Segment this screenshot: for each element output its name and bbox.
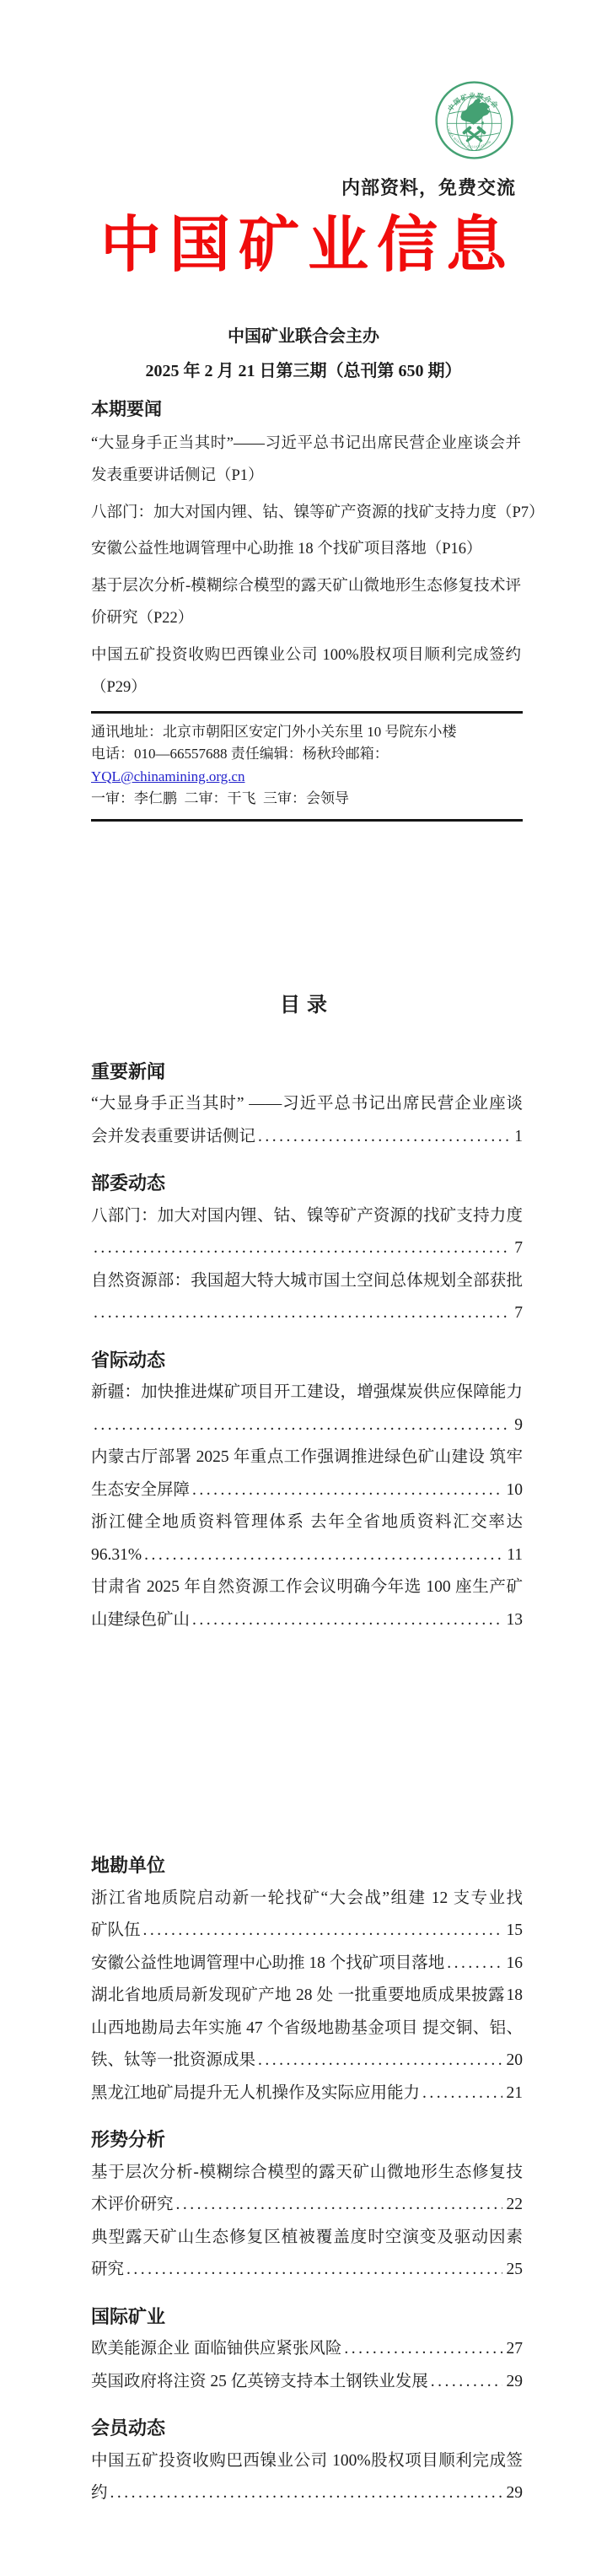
- toc-entry-text: 欧美能源企业 面临铀供应紧张风险: [91, 2333, 341, 2366]
- toc-entry-line: 7: [91, 1232, 523, 1265]
- contact-phone-editor-label: 电话：010—66557688 责任编辑：杨秋玲邮箱：: [91, 746, 389, 762]
- china-mining-association-logo: 中国矿业联合会 CHINA MINING ASSOCIATION: [434, 80, 514, 160]
- dot-leader: [422, 2078, 502, 2110]
- toc-entry-line: 96.31%11: [91, 1539, 523, 1572]
- toc-entry-line: 矿队伍15: [91, 1915, 523, 1948]
- toc-entry-text: 浙江健全地质资料管理体系 去年全省地质资料汇交率达: [91, 1506, 523, 1539]
- issue-date-line: 2025 年 2 月 21 日第三期（总刊第 650 期）: [0, 357, 607, 381]
- toc-page-number: 10: [505, 1474, 524, 1507]
- taiwan-dot: [481, 121, 484, 125]
- toc-entry-text: 内蒙古厅部署 2025 年重点工作强调推进绿色矿山建设 筑牢: [91, 1442, 523, 1474]
- newsletter-title: 中国矿业信息: [0, 212, 607, 280]
- toc-entry-text: 96.31%: [91, 1539, 142, 1572]
- dot-leader: [258, 2045, 502, 2078]
- dot-leader: [192, 1604, 502, 1637]
- contact-address: 通讯地址：北京市朝阳区安定门外小关东里 10 号院东小楼: [91, 721, 523, 744]
- toc-entry-line: 新疆：加快推进煤矿项目开工建设，增强煤炭供应保障能力: [91, 1377, 523, 1409]
- newsletter-cover-page: 中国矿业联合会 CHINA MINING ASSOCIATION 内部资料，免费…: [0, 0, 607, 2576]
- dot-leader: [176, 2189, 502, 2222]
- dot-leader: [144, 1539, 502, 1572]
- toc-page-number: 11: [505, 1539, 523, 1572]
- dot-leader: [258, 1121, 510, 1154]
- toc-page-number: 16: [505, 1948, 524, 1981]
- highlight-line: “大显身手正当其时”——习近平总书记出席民营企业座谈会并: [91, 428, 521, 461]
- dot-leader: [94, 1232, 510, 1265]
- highlight-line: 安徽公益性地调管理中心助推 18 个找矿项目落地（P16）: [91, 533, 521, 566]
- highlight-item: 安徽公益性地调管理中心助推 18 个找矿项目落地（P16）: [91, 533, 521, 566]
- toc-entry-text: 术评价研究: [91, 2189, 174, 2222]
- toc-entry-line: 中国五矿投资收购巴西镍业公司 100%股权项目顺利完成签: [91, 2445, 523, 2478]
- contact-phone-editor-line: 电话：010—66557688 责任编辑：杨秋玲邮箱：YQL@chinamini…: [91, 743, 523, 788]
- highlight-line: 发表重要讲话侧记（P1）: [91, 460, 521, 493]
- dot-leader: [192, 1474, 502, 1507]
- dot-leader: [110, 2477, 502, 2510]
- toc-entry-text: 新疆：加快推进煤矿项目开工建设，增强煤炭供应保障能力: [91, 1377, 523, 1409]
- toc-section-heading: 国际矿业: [91, 2301, 523, 2334]
- dot-leader: [126, 2254, 502, 2287]
- toc-entry-line: 典型露天矿山生态修复区植被覆盖度时空演变及驱动因素: [91, 2222, 523, 2255]
- toc-entry-text: 矿队伍: [91, 1915, 141, 1948]
- toc-entry-line: 自然资源部：我国超大特大城市国土空间总体规划全部获批: [91, 1265, 523, 1298]
- toc-entry-line: 山建绿色矿山13: [91, 1604, 523, 1637]
- contact-block: 通讯地址：北京市朝阳区安定门外小关东里 10 号院东小楼 电话：010—6655…: [91, 711, 523, 822]
- toc-entry-line: 安徽公益性地调管理中心助推 18 个找矿项目落地16: [91, 1948, 523, 1981]
- toc-entry-text: 黑龙江地矿局提升无人机操作及实际应用能力: [91, 2078, 420, 2110]
- toc-entry-line: 铁、钛等一批资源成果20: [91, 2045, 523, 2078]
- toc-entry-text: 浙江省地质院启动新一轮找矿“大会战”组建 12 支专业找: [91, 1883, 523, 1916]
- toc-entry-line: 会并发表重要讲话侧记1: [91, 1121, 523, 1154]
- internal-note: 内部资料，免费交流: [0, 174, 607, 200]
- toc-entry-line: 山西地勘局去年实施 47 个省级地勘基金项目 提交铜、铝、: [91, 2013, 523, 2045]
- toc-entry-text: 中国五矿投资收购巴西镍业公司 100%股权项目顺利完成签: [91, 2445, 523, 2478]
- toc-page-number: 27: [505, 2333, 524, 2366]
- toc-page-number: 29: [505, 2366, 524, 2399]
- highlight-line: 价研究（P22）: [91, 602, 521, 635]
- toc-page-number: 9: [513, 1409, 523, 1442]
- dot-leader: [143, 1915, 502, 1948]
- toc-entry-text: 典型露天矿山生态修复区植被覆盖度时空演变及驱动因素: [91, 2222, 523, 2255]
- toc-page-number: 22: [505, 2189, 524, 2222]
- toc-entry-line: 欧美能源企业 面临铀供应紧张风险27: [91, 2333, 523, 2366]
- organizer-line: 中国矿业联合会主办: [0, 322, 607, 347]
- toc-page-number: 18: [505, 1980, 524, 2013]
- highlight-item: 中国五矿投资收购巴西镍业公司 100%股权项目顺利完成签约（P29）: [91, 639, 521, 704]
- toc-entry-text: 山西地勘局去年实施 47 个省级地勘基金项目 提交铜、铝、: [91, 2013, 523, 2045]
- logo-row: 中国矿业联合会 CHINA MINING ASSOCIATION: [0, 0, 607, 160]
- highlight-line: 基于层次分析-模糊综合模型的露天矿山微地形生态修复技术评: [91, 570, 521, 603]
- toc-page-number: 25: [505, 2254, 524, 2287]
- toc-section-heading: 省际动态: [91, 1345, 523, 1377]
- toc-entry-line: 甘肃省 2025 年自然资源工作会议明确今年选 100 座生产矿: [91, 1571, 523, 1604]
- toc-entry-line: “大显身手正当其时” ——习近平总书记出席民营企业座谈: [91, 1088, 523, 1121]
- toc-entry-text: 山建绿色矿山: [91, 1604, 190, 1637]
- toc-entry-text: 甘肃省 2025 年自然资源工作会议明确今年选 100 座生产矿: [91, 1571, 523, 1604]
- toc-section-heading: 重要新闻: [91, 1056, 523, 1089]
- toc-entry-line: 生态安全屏障10: [91, 1474, 523, 1507]
- toc-entry-line: 研究25: [91, 2254, 523, 2287]
- toc-entry-line: 9: [91, 1409, 523, 1442]
- toc-entry-text: 基于层次分析-模糊综合模型的露天矿山微地形生态修复技: [91, 2157, 523, 2190]
- toc-entry-line: 术评价研究22: [91, 2189, 523, 2222]
- toc-entry-line: 浙江省地质院启动新一轮找矿“大会战”组建 12 支专业找: [91, 1883, 523, 1916]
- toc-entry-line: 八部门：加大对国内锂、钴、镍等矿产资源的找矿支持力度: [91, 1200, 523, 1233]
- toc-entry-line: 7: [91, 1297, 523, 1330]
- toc-entry-text: “大显身手正当其时” ——习近平总书记出席民营企业座谈: [91, 1088, 523, 1121]
- toc-entry-line: 黑龙江地矿局提升无人机操作及实际应用能力21: [91, 2078, 523, 2110]
- toc-entry-text: 生态安全屏障: [91, 1474, 190, 1507]
- toc-entry-text: 研究: [91, 2254, 124, 2287]
- highlight-item: “大显身手正当其时”——习近平总书记出席民营企业座谈会并发表重要讲话侧记（P1）: [91, 428, 521, 493]
- toc-section-heading: 部委动态: [91, 1167, 523, 1200]
- toc-entry-text: 湖北省地质局新发现矿产地 28 处 一批重要地质成果披露: [91, 1980, 505, 2013]
- toc-entry-text: 八部门：加大对国内锂、钴、镍等矿产资源的找矿支持力度: [91, 1200, 523, 1233]
- toc-entry-line: 湖北省地质局新发现矿产地 28 处 一批重要地质成果披露18: [91, 1980, 523, 2013]
- contact-reviewers: 一审：李仁鹏 二审：干飞 三审：会领导: [91, 788, 523, 811]
- highlight-line: 八部门：加大对国内锂、钴、镍等矿产资源的找矿支持力度（P7）: [91, 497, 521, 530]
- toc-page-number: 20: [505, 2045, 524, 2078]
- highlight-line: （P29）: [91, 671, 521, 704]
- toc-sections: 重要新闻“大显身手正当其时” ——习近平总书记出席民营企业座谈会并发表重要讲话侧…: [91, 1056, 523, 2510]
- toc-page-number: 7: [513, 1297, 523, 1330]
- editor-email-link[interactable]: YQL@chinamining.org.cn: [91, 768, 244, 784]
- toc-entry-line: 约29: [91, 2477, 523, 2510]
- dot-leader: [447, 1948, 502, 1981]
- toc-entry-line: 基于层次分析-模糊综合模型的露天矿山微地形生态修复技: [91, 2157, 523, 2190]
- dot-leader: [344, 2333, 502, 2366]
- toc-section-heading: 地勘单位: [91, 1850, 523, 1883]
- toc-entry-line: 英国政府将注资 25 亿英镑支持本土钢铁业发展29: [91, 2366, 523, 2399]
- toc-page-number: 15: [505, 1915, 524, 1948]
- toc-entry-text: 会并发表重要讲话侧记: [91, 1121, 255, 1154]
- toc-entry-line: 内蒙古厅部署 2025 年重点工作强调推进绿色矿山建设 筑牢: [91, 1442, 523, 1474]
- toc-entry-text: 铁、钛等一批资源成果: [91, 2045, 255, 2078]
- toc-entry-text: 约: [91, 2477, 108, 2510]
- dot-leader: [431, 2366, 502, 2399]
- toc-entry-text: 安徽公益性地调管理中心助推 18 个找矿项目落地: [91, 1948, 444, 1981]
- toc-page-number: 1: [513, 1121, 523, 1154]
- toc-section-heading: 形势分析: [91, 2124, 523, 2157]
- toc-section-heading: 会员动态: [91, 2412, 523, 2445]
- highlight-line: 中国五矿投资收购巴西镍业公司 100%股权项目顺利完成签约: [91, 639, 521, 672]
- highlights-heading: 本期要闻: [91, 396, 607, 421]
- toc-page-number: 13: [505, 1604, 524, 1637]
- toc-entry-text: 英国政府将注资 25 亿英镑支持本土钢铁业发展: [91, 2366, 428, 2399]
- toc-title: 目录: [0, 988, 607, 1017]
- highlight-item: 基于层次分析-模糊综合模型的露天矿山微地形生态修复技术评价研究（P22）: [91, 570, 521, 635]
- highlight-item: 八部门：加大对国内锂、钴、镍等矿产资源的找矿支持力度（P7）: [91, 497, 521, 530]
- dot-leader: [94, 1409, 510, 1442]
- toc-page-number: 29: [505, 2477, 524, 2510]
- toc-entry-line: 浙江健全地质资料管理体系 去年全省地质资料汇交率达: [91, 1506, 523, 1539]
- dot-leader: [94, 1297, 510, 1330]
- toc-page-number: 7: [513, 1232, 523, 1265]
- toc-entry-text: 自然资源部：我国超大特大城市国土空间总体规划全部获批: [91, 1265, 523, 1298]
- highlights-list: “大显身手正当其时”——习近平总书记出席民营企业座谈会并发表重要讲话侧记（P1）…: [91, 428, 521, 704]
- toc-page-number: 21: [505, 2078, 524, 2110]
